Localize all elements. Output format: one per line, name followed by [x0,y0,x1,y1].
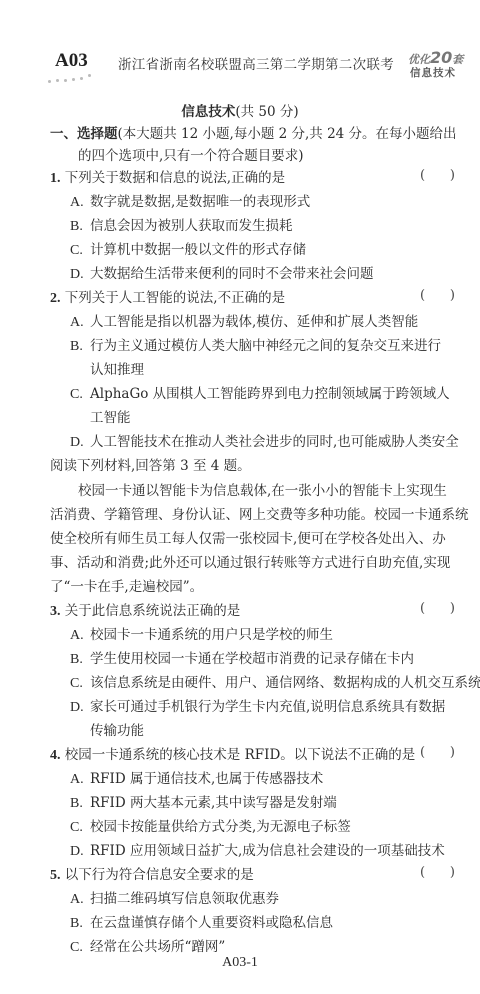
series-logo: 优化20套 信息技术 [406,48,464,82]
question-4-stem: 4. 校园一卡通系统的核心技术是 RFID。以下说法不正确的是 [50,745,415,766]
passage-line-2: 活消费、学籍管理、身份认证、网上交费等多种功能。校园一卡通系统 [50,505,469,525]
q1-option-d: D.大数据给生活带来便利的同时不会带来社会问题 [70,264,374,285]
q4-option-c: C.校园卡按能量供给方式分类,为无源电子标签 [70,817,351,838]
passage-line-4: 事、活动和消费;此外还可以通过银行转账等方式进行自助充值,实现 [50,553,450,573]
question-1-stem: 1. 下列关于数据和信息的说法,正确的是 [50,168,285,189]
q3-option-a: A.校园卡一卡通系统的用户只是学校的师生 [70,625,333,646]
exam-page: A03 浙江省浙南名校联盟高三第二学期第二次联考 优化20套 信息技术 信息技术… [0,0,480,994]
q2-option-b: B.行为主义通过模仿人类大脑中神经元之间的复杂交互来进行 [70,336,441,357]
q2-option-c-cont: 工智能 [90,408,131,428]
paper-code: A03 [55,50,88,72]
exam-title: 浙江省浙南名校联盟高三第二学期第二次联考 [118,53,394,73]
passage-line-3: 使全校所有师生员工每人仅需一张校园卡,便可在学校各处出入、办 [50,529,446,549]
q1-option-a: A.数字就是数据,是数据唯一的表现形式 [70,192,310,213]
section-desc-cont: 的四个选项中,只有一个符合题目要求) [78,146,304,166]
section-title: 一、选择题(本大题共 12 小题,每小题 2 分,共 24 分。在每小题给出 [50,124,457,144]
question-5-stem: 5. 以下行为符合信息安全要求的是 [50,865,254,886]
q2-option-b-cont: 认知推理 [90,360,144,380]
answer-blank-1[interactable]: ( ) [420,168,455,183]
q4-option-d: D.RFID 应用领域日益扩大,成为信息社会建设的一项基础技术 [70,841,445,862]
q4-option-a: A.RFID 属于通信技术,也属于传感器技术 [70,769,323,790]
q5-option-b: B.在云盘谨慎存储个人重要资料或隐私信息 [70,913,333,934]
q3-option-d-cont: 传输功能 [90,721,144,741]
q5-option-a: A.扫描二维码填写信息领取优惠券 [70,889,279,910]
q2-option-c: C.AlphaGo 从围棋人工智能跨界到电力控制领域属于跨领域人 [70,384,450,405]
page-number: A03-1 [0,955,480,971]
question-3-stem: 3. 关于此信息系统说法正确的是 [50,601,240,622]
q1-option-c: C.计算机中数据一般以文件的形式存储 [70,240,306,261]
q3-option-c: C.该信息系统是由硬件、用户、通信网络、数据构成的人机交互系统 [70,673,480,694]
q3-option-b: B.学生使用校园一卡通在学校超市消费的记录存储在卡内 [70,649,414,670]
subject-heading: 信息技术(共 50 分) [0,100,480,120]
reading-intro: 阅读下列材料,回答第 3 至 4 题。 [50,456,251,476]
answer-blank-5[interactable]: ( ) [420,865,455,880]
passage-line-5: 了“一卡在手,走遍校园”。 [50,577,203,597]
decorative-dots-icon [48,74,98,84]
q4-option-b: B.RFID 两大基本元素,其中读写器是发射端 [70,793,337,814]
answer-blank-2[interactable]: ( ) [420,288,455,303]
answer-blank-4[interactable]: ( ) [420,745,455,760]
q2-option-d: D.人工智能技术在推动人类社会进步的同时,也可能威胁人类安全 [70,432,459,453]
logo-subject: 信息技术 [410,65,456,80]
question-2-stem: 2. 下列关于人工智能的说法,不正确的是 [50,288,285,309]
q1-option-b: B.信息会因为被别人获取而发生损耗 [70,216,293,237]
page-header: A03 浙江省浙南名校联盟高三第二学期第二次联考 优化20套 信息技术 [0,46,480,86]
passage-line-1: 校园一卡通以智能卡为信息载体,在一张小小的智能卡上实现生 [78,481,447,501]
answer-blank-3[interactable]: ( ) [420,601,455,616]
q3-option-d: D.家长可通过手机银行为学生卡内充值,说明信息系统具有数据 [70,697,445,718]
q2-option-a: A.人工智能是指以机器为载体,模仿、延伸和扩展人类智能 [70,312,418,333]
